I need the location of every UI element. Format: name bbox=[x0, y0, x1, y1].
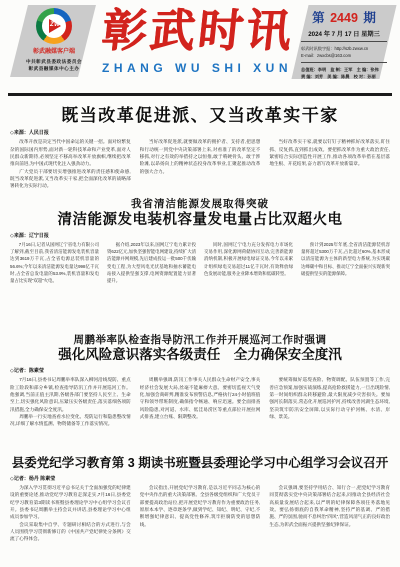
article-flood-inspection: 周鹏举率队检查指导防汛工作并开展巡河工作时强调 强化风险意识落实各级责任 全力确… bbox=[10, 332, 390, 447]
divider bbox=[301, 41, 387, 42]
article-body: 7月16日,记者从国网辽宁省电力有限公司了解到,截至目前,我省清洁能源发电装机容… bbox=[10, 241, 390, 325]
body-paragraph: 预计到2025年年底,全省清洁能源装机容量将超过5300万千瓦,占比超过60%,… bbox=[301, 241, 390, 276]
credits-row-2: 责 编：刘芳 美 编：陈晨 校 对：孙丽 bbox=[301, 73, 387, 80]
publisher-lines: 中共彰武县委政法委员会 彰武县融媒体中心主办 bbox=[10, 59, 98, 72]
body-paragraph: 会议采取集中自学、专题研讨相结合的方式进行,与会人员围绕学习贯彻新修订的《中国共… bbox=[10, 521, 131, 543]
body-paragraph: 同时,国网辽宁电力充分发挥电力市场化交易作用,深化源网荷储协同互动,完善新能源消… bbox=[204, 241, 293, 276]
article-byline: ◇记者：陈素莹 bbox=[10, 367, 390, 374]
article-byline: ◇来源：人民日报 bbox=[10, 129, 390, 136]
article-kicker: 我省清洁能源发展取得突破 bbox=[10, 196, 390, 211]
masthead-rule bbox=[8, 93, 392, 96]
body-paragraph: 改革开放是决定当代中国命运的关键一招。面对纷繁复杂的国际国内形势,面对新一轮科技… bbox=[10, 138, 131, 167]
newspaper-title: 彰武时讯 bbox=[99, 7, 294, 56]
newspaper-front-page: ZW 彰武融媒客户端 中共彰武县委政法委员会 彰武县融媒体中心主办 彰武时讯 Z… bbox=[0, 0, 400, 567]
body-column: 预计到2025年年底,全省清洁能源装机容量将超过5300万千瓦,占比超过60%,… bbox=[301, 241, 390, 325]
body-paragraph: 会议指出,开展党纪学习教育,是以习近平同志为核心的党中央作出的重大决策部署。全县… bbox=[140, 484, 261, 528]
article-byline: ◇来源：辽宁日报 bbox=[10, 232, 390, 239]
app-name: 彰武融媒客户端 bbox=[10, 46, 98, 55]
app-logo-icon: ZW bbox=[36, 8, 72, 44]
article-title: 清洁能源发电装机容量发电量占比双超火电 bbox=[10, 211, 390, 229]
masthead: ZW 彰武融媒客户端 中共彰武县委政法委员会 彰武县融媒体中心主办 彰武时讯 Z… bbox=[0, 0, 400, 93]
article-title: 县委党纪学习教育第 3 期读书班暨县委理论学习中心组学习会议召开 bbox=[10, 456, 390, 472]
body-paragraph: 据介绍,2023年以来,国网辽宁电力累计投资622亿元,加快坚强智能电网建设,持… bbox=[107, 241, 196, 283]
article-byline: ◇记者：杨丹 陈素莹 bbox=[10, 475, 390, 482]
body-column: 会议强调,要坚持学用结合、知行合一,把党纪学习教育同贯彻落实党中央决策部署结合起… bbox=[269, 484, 390, 562]
website-line: 彰武时讯数字报：http://szb.zwxw.cn bbox=[301, 45, 387, 52]
body-column: 当好改革实干家,就要以钉钉子精神抓好改革落实,盯住抓、反复抓,直到抓出成效。要把… bbox=[269, 138, 390, 188]
body-paragraph: 为深入学习贯彻习近平总书记关于全面加强党的纪律建设的重要论述,推动党纪学习教育走… bbox=[10, 484, 131, 521]
brand-block-right: 第 2449 期 2024 年 7 月 17 日 星期三 彰武时讯数字报：htt… bbox=[294, 5, 394, 89]
body-column: 为深入学习贯彻习近平总书记关于全面加强党的纪律建设的重要论述,推动党纪学习教育走… bbox=[10, 484, 131, 562]
article-title: 强化风险意识落实各级责任 全力确保安全度汛 bbox=[10, 347, 390, 364]
body-paragraph: 7月16日,记者从国网辽宁省电力有限公司了解到,截至目前,我省清洁能源发电装机容… bbox=[10, 241, 99, 283]
article-kicker: 周鹏举率队检查指导防汛工作并开展巡河工作时强调 bbox=[10, 332, 390, 347]
body-column: 同时,国网辽宁电力充分发挥电力市场化交易作用,深化源网荷储协同互动,完善新能源消… bbox=[204, 241, 293, 325]
logo-monogram: ZW bbox=[50, 22, 60, 28]
body-column: 要统筹做好巡堤查险、物资调配、队伍预置等工作,完善应急预案,加强实战演练,提高抢… bbox=[269, 376, 390, 447]
issue-prefix: 第 bbox=[312, 11, 325, 25]
email-line: E-mail：zwxcbs@163.com bbox=[301, 52, 387, 59]
body-column: 改革开放是决定当代中国命运的关键一招。面对纷繁复杂的国际国内形势,面对新一轮科技… bbox=[10, 138, 131, 188]
article-reform-commentary: 既当改革促进派、又当改革实干家 ◇来源：人民日报 改革开放是决定当代中国命运的关… bbox=[10, 105, 390, 188]
body-column: 据介绍,2023年以来,国网辽宁电力累计投资622亿元,加快坚强智能电网建设,持… bbox=[107, 241, 196, 325]
newspaper-title-pinyin: ZHANG WU SHI XUN bbox=[102, 61, 292, 75]
issue-info: 第 2449 期 2024 年 7 月 17 日 星期三 彰武时讯数字报：htt… bbox=[294, 5, 394, 81]
credits-row-1: 总值班：李明 监 制：王军 主 编：张伟 bbox=[301, 66, 387, 73]
article-body: 改革开放是决定当代中国命运的关键一招。面对纷繁复杂的国际国内形势,面对新一轮科技… bbox=[10, 138, 390, 188]
article-body: 7月16日,县委书记周鹏举率队深入柳河沿线堤防、重点险工险段和部分乡镇,检查指导… bbox=[10, 376, 390, 447]
article-title: 既当改革促进派、又当改革实干家 bbox=[10, 105, 390, 126]
publisher-line-2: 彰武县融媒体中心主办 bbox=[10, 66, 98, 73]
article-clean-energy: 我省清洁能源发展取得突破 清洁能源发电装机容量发电量占比双超火电 ◇来源：辽宁日… bbox=[10, 196, 390, 325]
body-column: 7月16日,县委书记周鹏举率队深入柳河沿线堤防、重点险工险段和部分乡镇,检查指导… bbox=[10, 376, 131, 447]
brand-block-left: ZW 彰武融媒客户端 中共彰武县委政法委员会 彰武县融媒体中心主办 bbox=[10, 5, 98, 89]
divider bbox=[301, 62, 387, 63]
body-paragraph: 会议强调,要坚持学用结合、知行合一,把党纪学习教育同贯彻落实党中央决策部署结合起… bbox=[269, 484, 390, 528]
body-paragraph: 要统筹做好巡堤查险、物资调配、队伍预置等工作,完善应急预案,加强实战演练,提高抢… bbox=[269, 376, 390, 420]
body-column: 周鹏举强调,防汛工作事关人民群众生命财产安全,事关经济社会发展大局,丝毫不能麻痹… bbox=[140, 376, 261, 447]
brand-block-center: 彰武时讯 ZHANG WU SHI XUN bbox=[102, 7, 292, 75]
body-paragraph: 当好改革实干家,就要以钉钉子精神抓好改革落实,盯住抓、反复抓,直到抓出成效。要把… bbox=[269, 138, 390, 167]
body-column: 当好改革促进派,就要做改革的拥护者、支持者,把思想和行动统一到党中央决策部署上来… bbox=[140, 138, 261, 188]
body-paragraph: 周鹏举强调,防汛工作事关人民群众生命财产安全,事关经济社会发展大局,丝毫不能麻痹… bbox=[140, 376, 261, 420]
date-line: 2024 年 7 月 17 日 星期三 bbox=[301, 29, 387, 38]
article-discipline-study-session: 县委党纪学习教育第 3 期读书班暨县委理论学习中心组学习会议召开 ◇记者：杨丹 … bbox=[10, 456, 390, 562]
issue-suffix: 期 bbox=[363, 11, 376, 25]
body-paragraph: 当好改革促进派,就要做改革的拥护者、支持者,把思想和行动统一到党中央决策部署上来… bbox=[140, 138, 261, 175]
body-column: 7月16日,记者从国网辽宁省电力有限公司了解到,截至目前,我省清洁能源发电装机容… bbox=[10, 241, 99, 325]
body-column: 会议指出,开展党纪学习教育,是以习近平同志为核心的党中央作出的重大决策部署。全县… bbox=[140, 484, 261, 562]
issue-number: 2449 bbox=[330, 11, 358, 25]
body-paragraph: 周鹏举一行实地查看水位变化、堤防运行和隐患整改情况,详细了解水情监测、物资储备等… bbox=[10, 413, 131, 428]
body-paragraph: 7月16日,县委书记周鹏举率队深入柳河沿线堤防、重点险工险段和部分乡镇,检查指导… bbox=[10, 376, 131, 413]
issue-line: 第 2449 期 bbox=[301, 8, 387, 26]
body-paragraph: 广大党员干部要切实增强推进改革的责任感和使命感,既当改革促进派,又当改革实干家,… bbox=[10, 168, 131, 189]
article-body: 为深入学习贯彻习近平总书记关于全面加强党的纪律建设的重要论述,推动党纪学习教育走… bbox=[10, 484, 390, 562]
publisher-line-1: 中共彰武县委政法委员会 bbox=[10, 59, 98, 66]
